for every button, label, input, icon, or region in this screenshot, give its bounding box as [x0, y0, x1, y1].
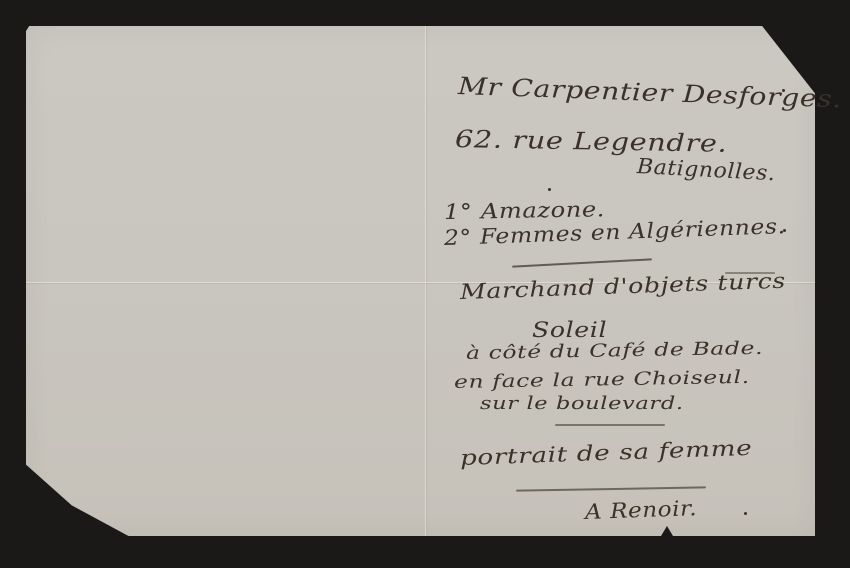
list-item-1: 1° Amazone. [444, 197, 605, 224]
street-line: 62. rue Legendre. [455, 125, 728, 158]
ink-speck [744, 512, 747, 515]
ink-speck [782, 89, 785, 92]
signature: A Renoir. [585, 496, 698, 524]
ink-speck [783, 229, 786, 232]
dealer-name-line: Soleil [532, 318, 607, 342]
location-line-3: sur le boulevard. [480, 393, 684, 414]
ink-speck [548, 188, 551, 191]
divider-line [555, 424, 665, 426]
vertical-fold-line [425, 26, 426, 536]
paper-tear-notch [661, 526, 673, 536]
